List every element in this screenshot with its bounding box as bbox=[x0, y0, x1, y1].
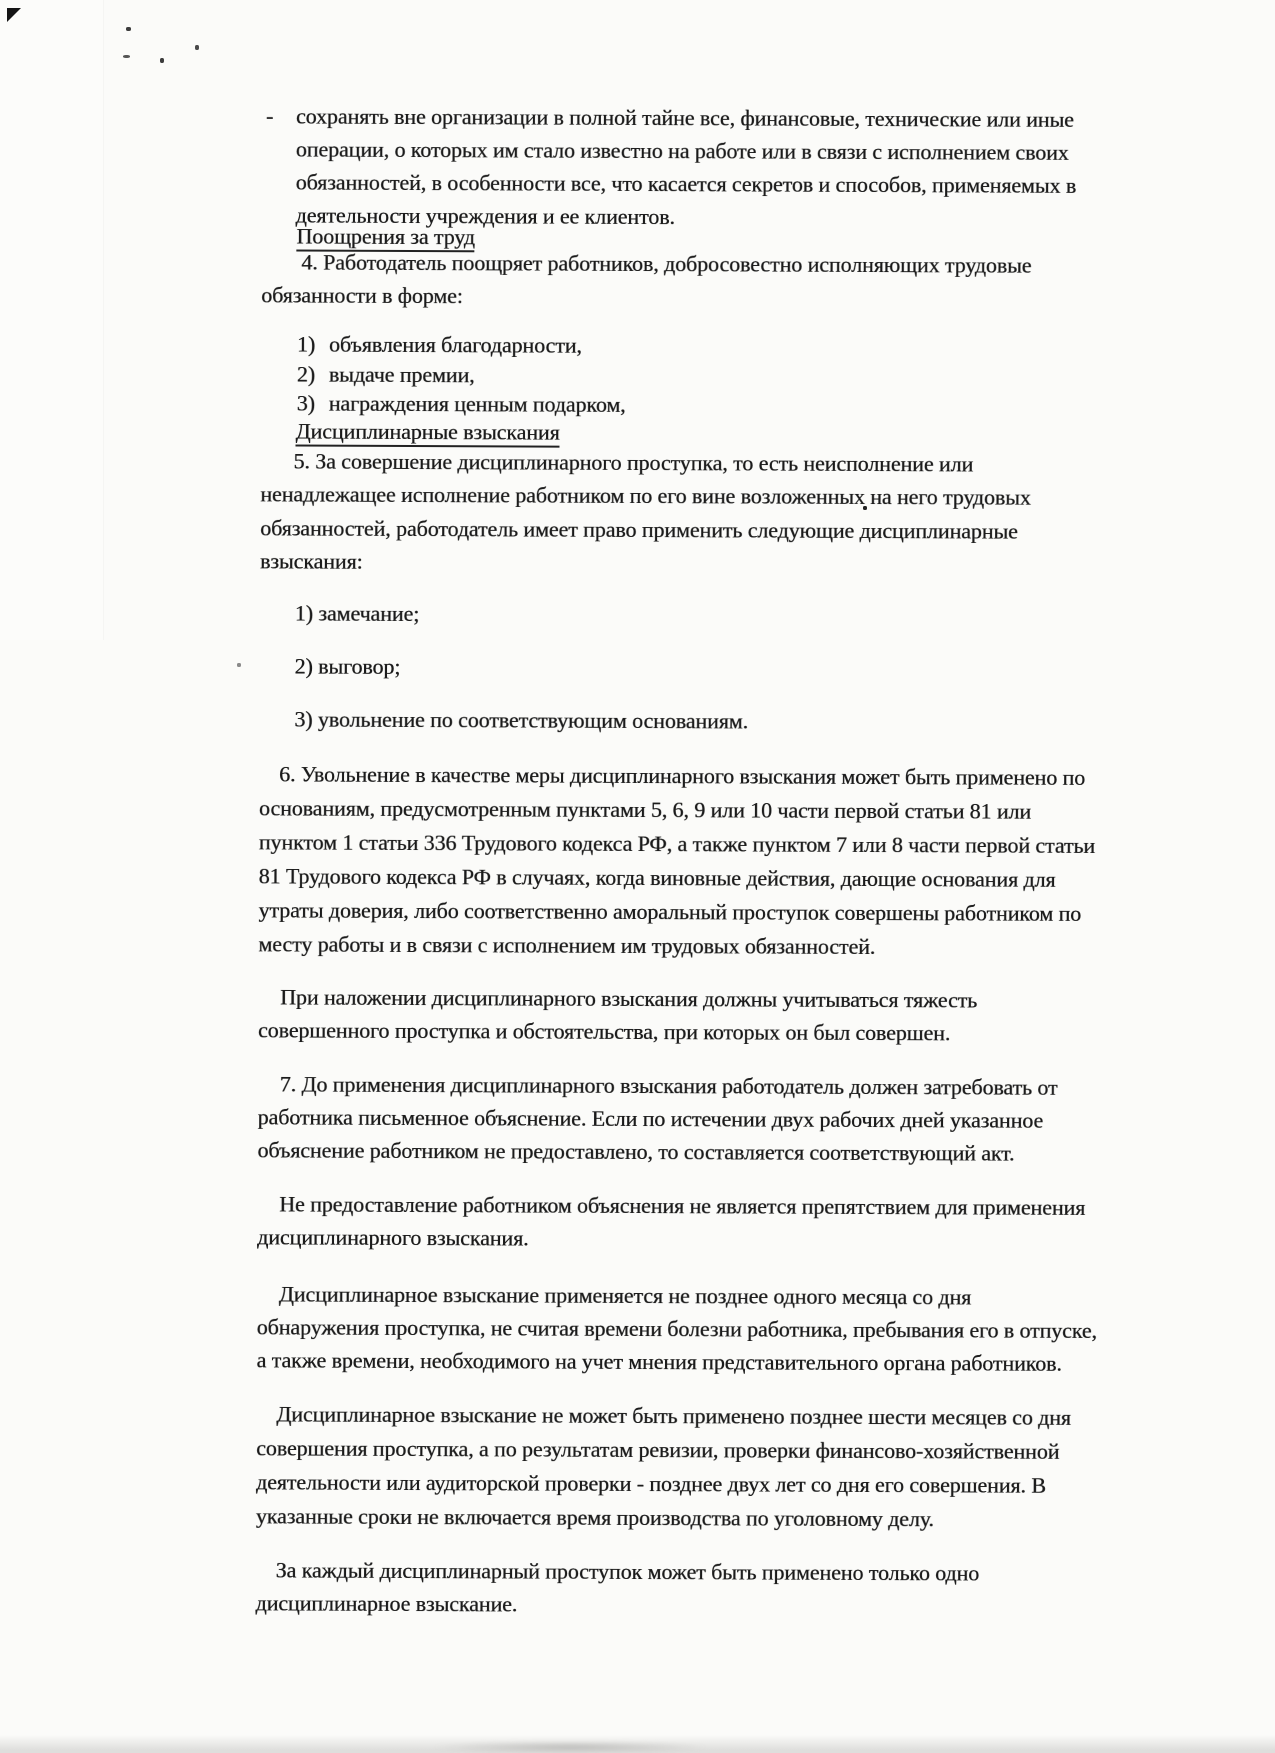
block-b14-paragraph: Дисциплинарное взыскание применяется не … bbox=[256, 1277, 1186, 1380]
text-line: указанные сроки не включается время прои… bbox=[256, 1499, 1186, 1537]
text-line: 3) увольнение по соответствующим основан… bbox=[294, 702, 1224, 739]
scanned-page: -сохранять вне организации в полной тайн… bbox=[0, 0, 1275, 1753]
text-line: Дисциплинарное взыскание применяется не … bbox=[257, 1277, 1187, 1314]
text-line: дисциплинарного взыскания. bbox=[257, 1220, 1187, 1257]
text-line: При наложении дисциплинарного взыскания … bbox=[258, 980, 1188, 1017]
block-b11-paragraph: При наложении дисциплинарного взыскания … bbox=[258, 980, 1188, 1050]
text-line: работника письменное объяснение. Если по… bbox=[257, 1100, 1187, 1137]
text-line: обязанностей, в особенности все, что кас… bbox=[296, 165, 1226, 202]
text-line: пунктом 1 статьи 336 Трудового кодекса Р… bbox=[259, 825, 1189, 863]
list-item-text: объявления благодарности, bbox=[329, 332, 582, 358]
text-line: сохранять вне организации в полной тайне… bbox=[296, 99, 1226, 136]
text-line: 81 Трудового кодекса РФ в случаях, когда… bbox=[259, 859, 1189, 897]
block-b15-paragraph: Дисциплинарное взыскание не может быть п… bbox=[256, 1397, 1187, 1537]
text-line: 1) замечание; bbox=[295, 596, 1225, 633]
text-line: совершения проступка, а по результатам р… bbox=[256, 1431, 1186, 1469]
list-item-text: награждения ценным подарком, bbox=[329, 391, 626, 417]
text-line: 7. До применения дисциплинарного взыскан… bbox=[258, 1067, 1188, 1104]
scan-speck bbox=[126, 27, 131, 31]
text-line: деятельности или аудиторской проверки - … bbox=[256, 1465, 1186, 1503]
text-line: совершенного проступка и обстоятельства,… bbox=[258, 1013, 1188, 1050]
bullet-dash-marker: - bbox=[266, 99, 273, 132]
text-line: обнаружения проступка, не считая времени… bbox=[257, 1310, 1187, 1347]
text-line: основаниям, предусмотренным пунктами 5, … bbox=[259, 791, 1189, 829]
scan-bottom-smudge bbox=[430, 1741, 710, 1753]
block-b4-numbered-list: 1)объявления благодарности,2)выдаче прем… bbox=[297, 330, 1227, 423]
text-line: операции, о которых им стало известно на… bbox=[296, 132, 1226, 169]
block-b10-paragraph: 6. Увольнение в качестве меры дисциплина… bbox=[258, 757, 1189, 965]
scan-speck bbox=[237, 663, 241, 667]
text-line: 5. За совершение дисциплинарного проступ… bbox=[260, 444, 1190, 481]
block-b7-spaced-item: 1) замечание; bbox=[295, 596, 1225, 633]
document-text-layer: -сохранять вне организации в полной тайн… bbox=[0, 0, 1275, 1753]
block-b8-spaced-item: 2) выговор; bbox=[294, 649, 1224, 686]
scan-speck bbox=[195, 45, 199, 50]
scan-speck bbox=[160, 58, 164, 63]
text-line: За каждый дисциплинарный проступок может… bbox=[256, 1553, 1186, 1590]
block-b13-paragraph: Не предоставление работником объяснения … bbox=[257, 1187, 1187, 1257]
list-item-text: выдаче премии, bbox=[329, 361, 475, 387]
text-line: взыскания: bbox=[260, 544, 1190, 581]
block-b9-spaced-item: 3) увольнение по соответствующим основан… bbox=[294, 702, 1224, 739]
numbered-list-item: 1)объявления благодарности, bbox=[297, 330, 1227, 364]
block-b6-paragraph: 5. За совершение дисциплинарного проступ… bbox=[260, 444, 1191, 581]
text-line: 2) выговор; bbox=[294, 649, 1224, 686]
text-line: обязанности в форме: bbox=[261, 278, 1191, 315]
text-line: обязанностей, работодатель имеет право п… bbox=[260, 511, 1190, 548]
block-b3-paragraph: 4. Работодатель поощряет работников, доб… bbox=[261, 245, 1191, 315]
underlined-heading-text: Дисциплинарные взыскания bbox=[295, 419, 559, 448]
text-line: объяснение работником не предоставлено, … bbox=[257, 1133, 1187, 1170]
list-item-marker: 2) bbox=[297, 359, 329, 389]
block-b12-paragraph: 7. До применения дисциплинарного взыскан… bbox=[257, 1067, 1187, 1170]
scan-speck bbox=[863, 506, 867, 510]
text-line: Не предоставление работником объяснения … bbox=[257, 1187, 1187, 1224]
numbered-list-item: 2)выдаче премии, bbox=[297, 359, 1227, 393]
text-line: Дисциплинарное взыскание не может быть п… bbox=[256, 1397, 1186, 1435]
scan-speck bbox=[123, 55, 130, 58]
text-line: а также времени, необходимого на учет мн… bbox=[256, 1343, 1186, 1380]
text-line: дисциплинарное взыскание. bbox=[255, 1586, 1185, 1623]
text-line: 6. Увольнение в качестве меры дисциплина… bbox=[259, 757, 1189, 795]
text-line: месту работы и в связи с исполнением им … bbox=[258, 927, 1188, 965]
text-line: ненадлежащее исполнение работником по ег… bbox=[260, 478, 1190, 515]
text-line: 4. Работодатель поощряет работников, доб… bbox=[261, 245, 1191, 282]
text-line: утраты доверия, либо соответственно амор… bbox=[258, 893, 1188, 931]
list-item-marker: 1) bbox=[297, 330, 329, 360]
block-b16-paragraph: За каждый дисциплинарный проступок может… bbox=[255, 1553, 1185, 1623]
block-b1-bullet-paragraph: -сохранять вне организации в полной тайн… bbox=[261, 99, 1226, 235]
